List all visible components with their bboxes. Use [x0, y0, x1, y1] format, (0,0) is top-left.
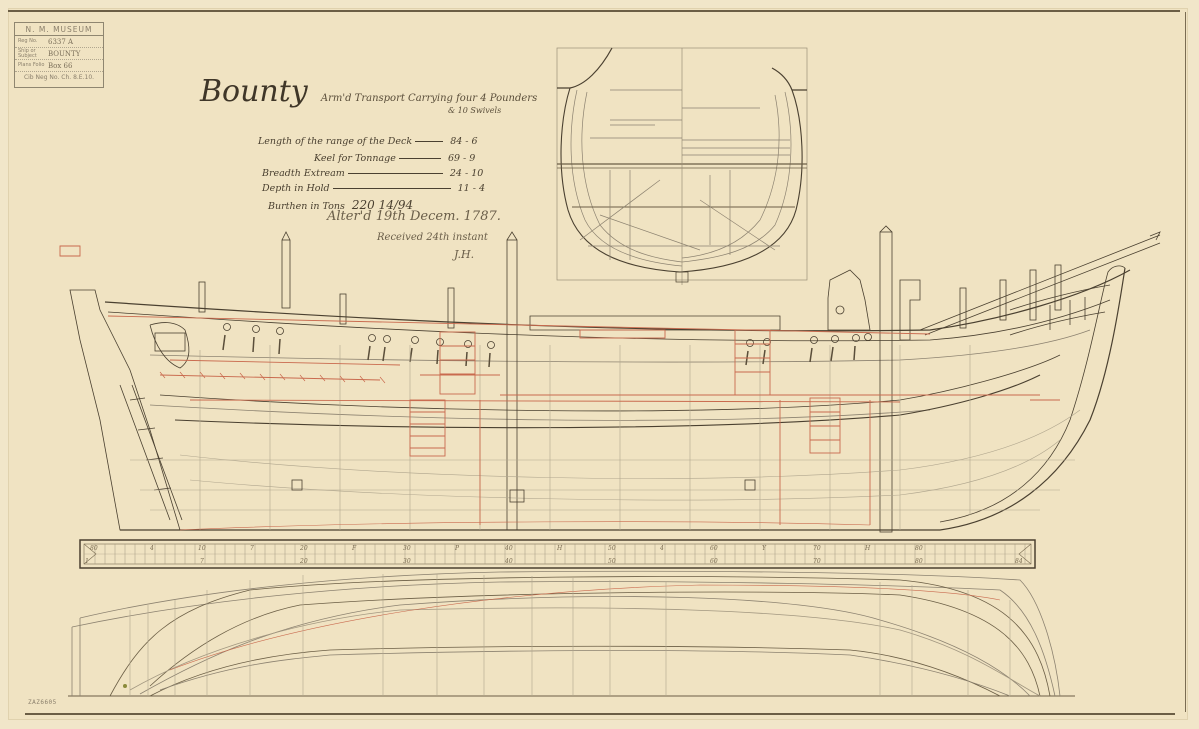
svg-text:80: 80	[915, 545, 923, 552]
svg-text:60: 60	[710, 545, 718, 552]
svg-text:60: 60	[710, 558, 718, 565]
svg-text:40: 40	[504, 558, 513, 565]
svg-text:70: 70	[813, 545, 821, 552]
svg-text:4: 4	[149, 545, 154, 552]
svg-text:70: 70	[813, 558, 821, 565]
sheer-profile	[60, 226, 1160, 532]
svg-text:20: 20	[299, 558, 308, 565]
svg-text:10: 10	[198, 545, 206, 552]
svg-text:1: 1	[85, 558, 89, 565]
svg-text:50: 50	[608, 545, 616, 552]
ship-drawing: 80 4 10 7 20 F 30 P 40 H 50 4 60 Y 70 H …	[0, 0, 1199, 729]
svg-text:H: H	[864, 545, 871, 552]
svg-text:4: 4	[659, 545, 664, 552]
svg-text:30: 30	[403, 558, 411, 565]
svg-text:30: 30	[403, 545, 411, 552]
svg-text:Y: Y	[762, 545, 767, 552]
svg-text:F: F	[351, 545, 357, 552]
svg-text:20: 20	[299, 545, 308, 552]
half-breadth-plan	[68, 571, 1075, 696]
svg-text:80: 80	[915, 558, 923, 565]
svg-text:H: H	[556, 545, 563, 552]
svg-text:7: 7	[200, 558, 204, 565]
svg-text:84: 84	[1015, 558, 1023, 565]
svg-text:P: P	[454, 545, 460, 552]
body-plan	[557, 48, 807, 285]
svg-text:80: 80	[90, 545, 98, 552]
svg-text:7: 7	[250, 545, 254, 552]
svg-text:50: 50	[608, 558, 616, 565]
scale-labels: 80 4 10 7 20 F 30 P 40 H 50 4 60 Y 70 H …	[85, 545, 1023, 565]
svg-text:40: 40	[504, 545, 513, 552]
